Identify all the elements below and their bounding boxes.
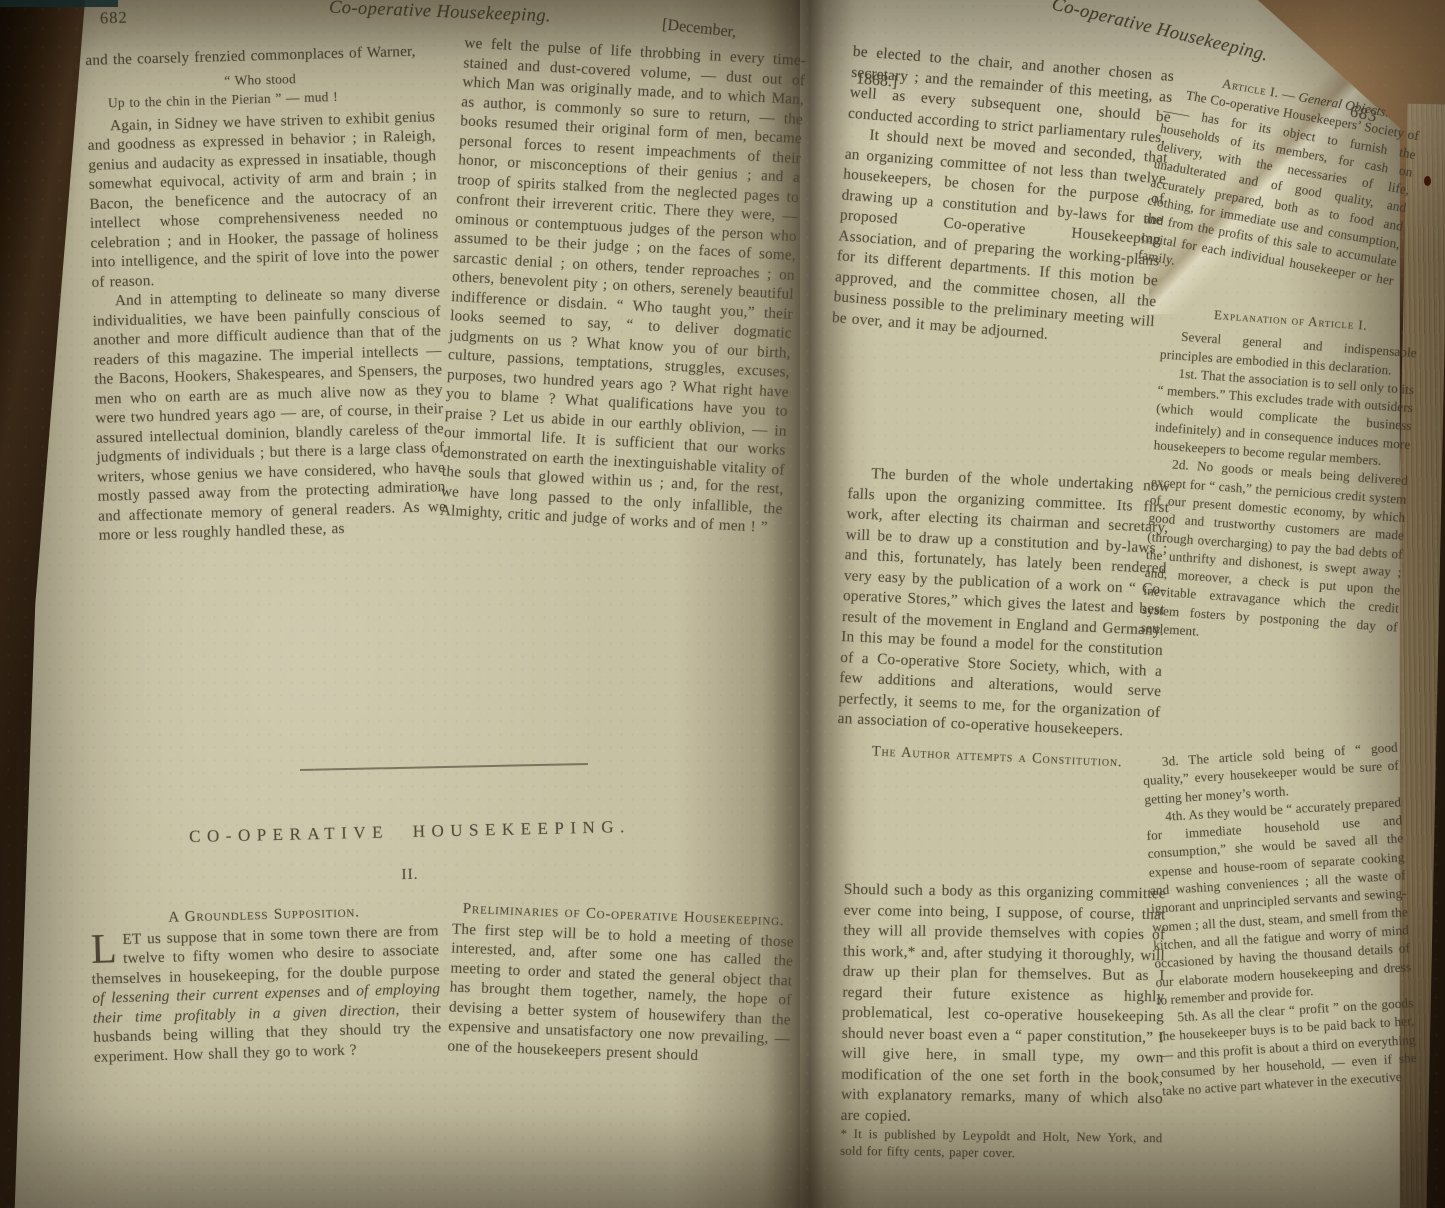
footnote: * It is published by Leypoldt and Holt, … xyxy=(840,1126,1162,1164)
paragraph: The burden of the whole undertaking now … xyxy=(837,463,1170,743)
paragraph: 5th. As all the clear “ profit ” on the … xyxy=(1157,994,1418,1101)
paragraph: 2d. No goods or meals being delivered ex… xyxy=(1140,454,1408,654)
left-page-column-1: and the coarsely frenzied commonplaces o… xyxy=(85,41,447,545)
open-book-photo: 682 Co-operative Housekeeping. [December… xyxy=(0,0,1445,1208)
top-edge-sliver xyxy=(0,0,118,7)
column-block: 3d. The article sold being of “ good qua… xyxy=(1142,739,1419,1102)
section-column-2: Preliminaries of Co-operative Housekeepi… xyxy=(447,899,795,1068)
column-block: Should such a body as this organizing co… xyxy=(840,880,1166,1164)
section-subhead: The Author attempts a Constitution. xyxy=(836,739,1159,774)
lead-paragraph: LET us suppose that in some town there a… xyxy=(90,921,442,1067)
paragraph: Should such a body as this organizing co… xyxy=(841,880,1166,1130)
paragraph: 4th. As they would be “ accurately prepa… xyxy=(1145,793,1413,1010)
column-block: be elected to the chair, and another cho… xyxy=(831,42,1175,353)
left-page-column-2: we felt the pulse of life throbbing in e… xyxy=(439,33,806,538)
lead-text: ET us suppose that in some town there ar… xyxy=(92,922,440,988)
lead-text: and xyxy=(320,982,356,1000)
left-page-number: 682 xyxy=(100,8,128,29)
paragraph: And in attempting to delineate so many d… xyxy=(92,282,447,545)
right-page-column-2: Article I. — General Objects. The Co-ope… xyxy=(1152,0,1408,1208)
column-block: Explanation of Article I. Several genera… xyxy=(1140,293,1419,654)
article-dash: — xyxy=(1278,86,1300,104)
drop-cap: L xyxy=(90,929,123,966)
paragraph: Again, in Sidney we have striven to exhi… xyxy=(87,107,440,292)
section-column-1: A Groundless Supposition. LET us suppose… xyxy=(90,901,442,1067)
paragraph: 1st. That the association is to sell onl… xyxy=(1153,363,1415,472)
paragraph: The first step will be to hold a meeting… xyxy=(447,919,794,1069)
paragraph: It should next be moved and seconded, th… xyxy=(831,124,1168,354)
paragraph: we felt the pulse of life throbbing in e… xyxy=(439,33,806,538)
right-page-column-1: be elected to the chair, and another cho… xyxy=(842,0,1164,1208)
column-block: Article I. — General Objects. The Co-ope… xyxy=(1136,65,1423,308)
column-block: The burden of the whole undertaking now … xyxy=(836,463,1171,782)
verse-quote: “ Who stood Up to the chin in the Pieria… xyxy=(86,65,435,113)
ink-spot xyxy=(1424,176,1431,186)
